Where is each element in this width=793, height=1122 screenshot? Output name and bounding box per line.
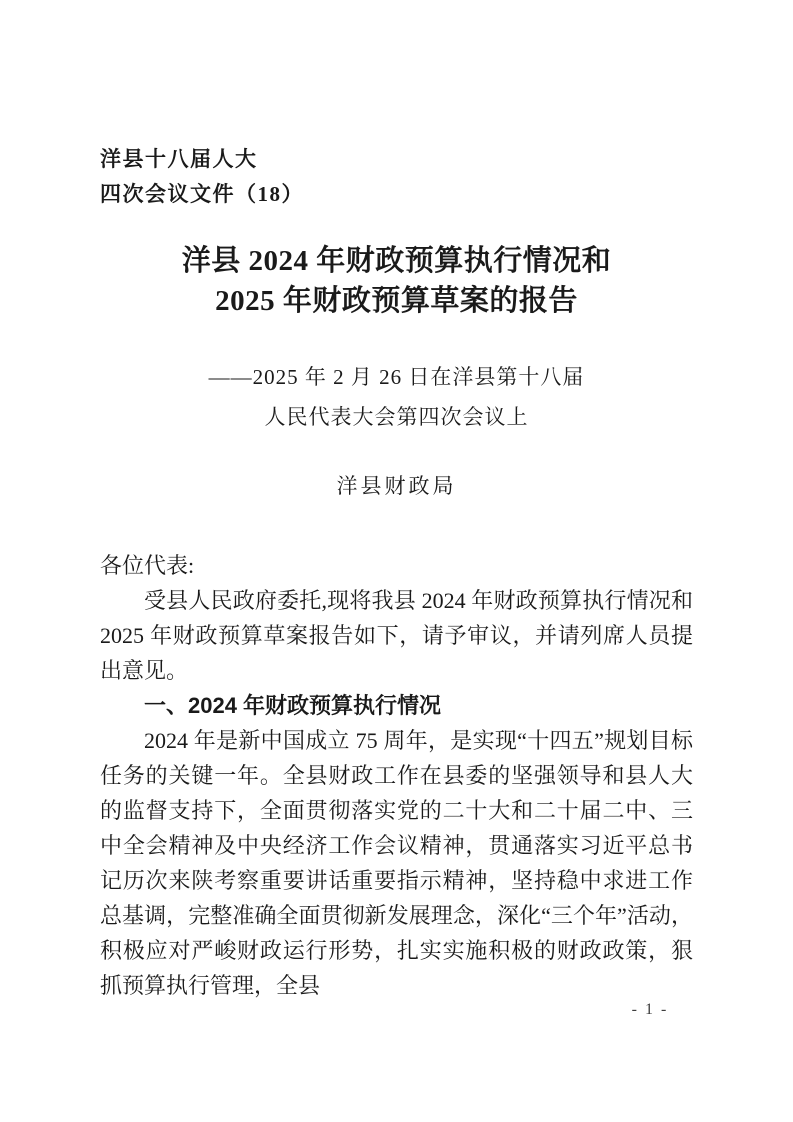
page-number: - 1 - <box>628 1001 672 1019</box>
doc-subtitle-line2: 人民代表大会第四次会议上 <box>100 397 693 437</box>
section-1-paragraph: 2024 年是新中国成立 75 周年，是实现“十四五”规划目标任务的关键一年。全… <box>100 723 693 1003</box>
doc-label-line2: 四次会议文件（18） <box>100 177 304 212</box>
author-line: 洋县财政局 <box>100 470 693 500</box>
doc-label-line1: 洋县十八届人大 <box>100 142 304 177</box>
page-title-line1: 洋县 2024 年财政预算执行情况和 <box>100 241 693 281</box>
doc-label: 洋县十八届人大 四次会议文件（18） <box>100 142 304 212</box>
document-page: 洋县十八届人大 四次会议文件（18） 洋县 2024 年财政预算执行情况和 20… <box>0 0 793 1122</box>
document-body: 各位代表: 受县人民政府委托,现将我县 2024 年财政预算执行情况和 2025… <box>100 548 693 1003</box>
intro-paragraph: 受县人民政府委托,现将我县 2024 年财政预算执行情况和 2025 年财政预算… <box>100 583 693 688</box>
doc-subtitle-line1: ——2025 年 2 月 26 日在洋县第十八届 <box>100 357 693 397</box>
salutation: 各位代表: <box>100 548 693 583</box>
section-1-heading: 一、2024 年财政预算执行情况 <box>100 688 693 723</box>
page-title-line2: 2025 年财政预算草案的报告 <box>100 281 693 321</box>
page-title: 洋县 2024 年财政预算执行情况和 2025 年财政预算草案的报告 <box>100 241 693 321</box>
doc-subtitle: ——2025 年 2 月 26 日在洋县第十八届 人民代表大会第四次会议上 <box>100 357 693 437</box>
